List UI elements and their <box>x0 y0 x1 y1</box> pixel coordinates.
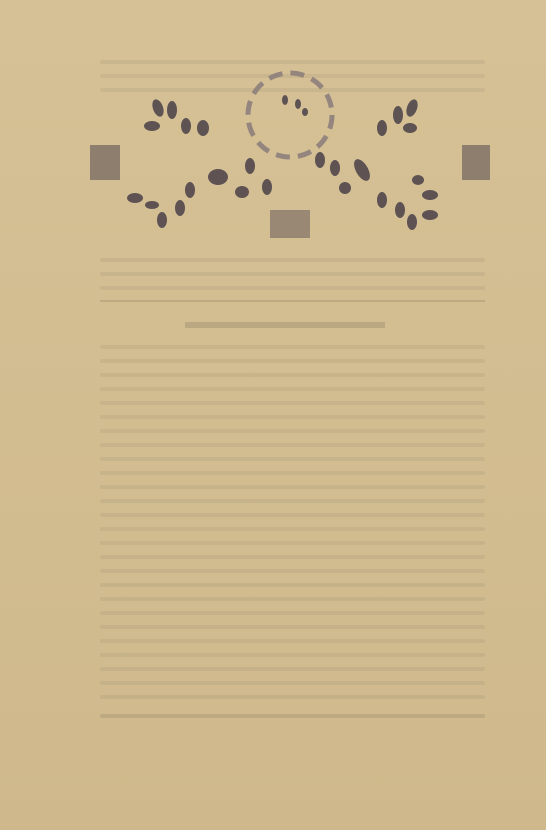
section-heading-bleedthrough <box>185 322 385 328</box>
book-page <box>0 0 546 830</box>
divider-rule <box>100 300 485 302</box>
